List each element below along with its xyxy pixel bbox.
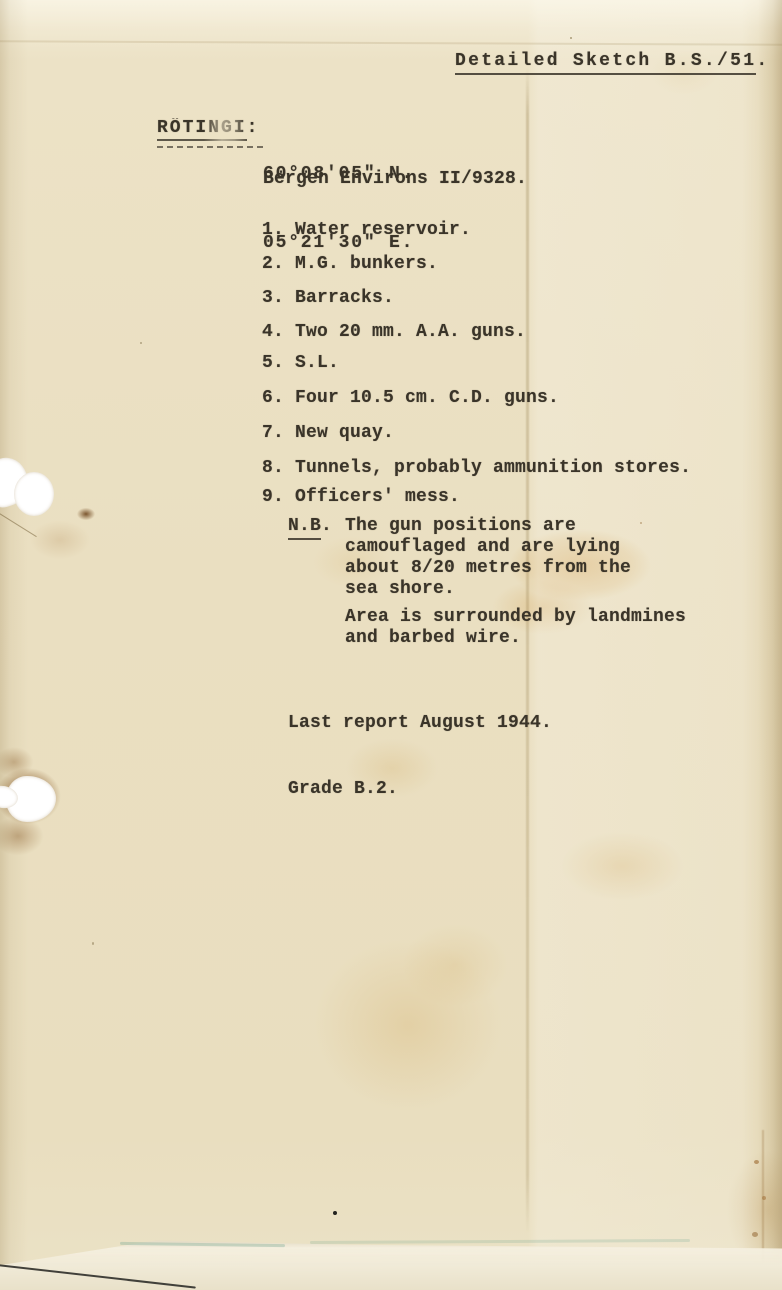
note-label-line: N.B. [288,516,332,537]
place-name-line: RÖTINGI: [157,118,259,139]
subject-line: Bergen Environs II/9328. [263,169,527,190]
document-title-period: . [756,51,769,71]
list-item-5: 5. S.L. [262,353,339,374]
note-label-period: . [321,516,332,536]
vertical-fold-line [526,68,529,1233]
list-item-9: 9. Officers' mess. [262,487,460,508]
list-item-2: 2. M.G. bunkers. [262,254,438,275]
rust-speck [752,1232,758,1237]
paper-speck [92,942,94,945]
list-item-6: 6. Four 10.5 cm. C.D. guns. [262,388,559,409]
document-title: Detailed Sketch B.S./51. [455,51,769,72]
footer-last-report: Last report August 1944. [288,712,552,734]
list-item-7: 7. New quay. [262,423,394,444]
top-crease-line [0,40,782,45]
note-paragraph-2: Area is surrounded by landmines and barb… [345,607,690,649]
list-item-1: 1. Water reservoir. [262,220,471,241]
place-name: RÖTINGI [157,118,247,141]
bottom-fold [0,1228,782,1290]
place-name-colon: : [247,118,260,138]
paper-speck [140,342,142,344]
list-item-4: 4. Two 20 mm. A.A. guns. [262,322,526,343]
paper-speck [570,37,572,39]
ink-speck [333,1211,337,1215]
paper-speck [640,522,642,524]
document-title-text: Detailed Sketch B.S./51 [455,51,756,75]
note-label: N.B [288,516,321,540]
list-item-8: 8. Tunnels, probably ammunition stores. [262,458,691,479]
rust-speck [754,1160,759,1164]
rust-speck [762,1196,766,1200]
footer-block: Last report August 1944. Grade B.2. [288,668,552,844]
footer-grade: Grade B.2. [288,778,552,800]
note-paragraph-1: The gun positions are camouflaged and ar… [345,516,645,600]
punch-hole-top-lobe [14,472,54,516]
scanned-document-page: Detailed Sketch B.S./51. RÖTINGI: 60°08'… [0,0,782,1290]
place-name-dashed-underline [157,146,263,148]
pencil-mark-green-right [310,1239,690,1244]
list-item-3: 3. Barracks. [262,288,394,309]
